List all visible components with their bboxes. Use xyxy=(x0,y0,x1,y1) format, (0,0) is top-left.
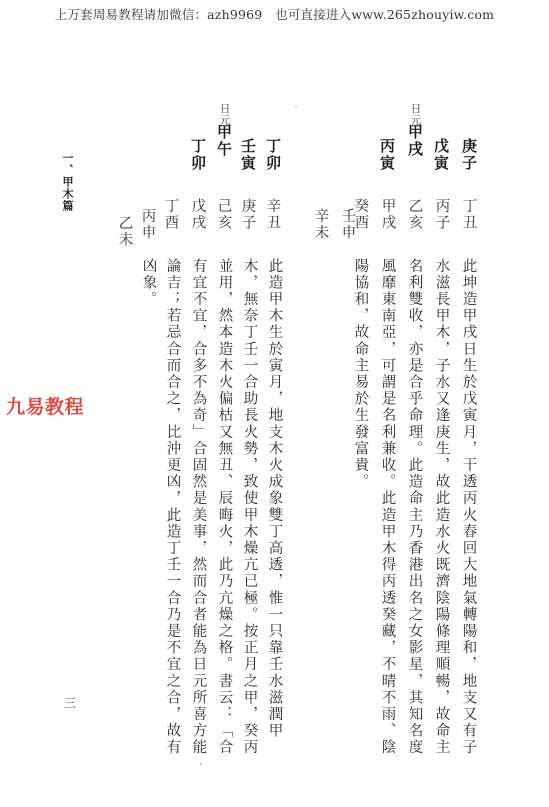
chart1-text-col-3: 名利雙收，亦是合乎命理。此造命主乃香港出名之女影星，其知名度 xyxy=(407,258,422,756)
chart1-month-pillar: 戊寅 xyxy=(433,138,448,172)
chart2-text-col-3: 並用，然本造木火偏枯又無丑、辰晦火，此乃亢燥之格。書云：「合 xyxy=(217,258,232,756)
brand-watermark: 九易教程 xyxy=(6,392,84,419)
chart2-text-col-4: 有宜不宜，合多不為奇」合固然是美事，然而合者能為日元所喜方能 xyxy=(191,258,206,756)
chart2-luck-7: 乙未 xyxy=(117,215,132,248)
chart2-luck-1: 辛丑 xyxy=(265,198,280,231)
chart1-text-col-1: 此坤造甲戌日生於戊寅月，干透丙火春回大地氣轉陽和，地支又有子 xyxy=(461,258,476,756)
scan-speck xyxy=(200,763,202,765)
chart1-hour-pillar: 丙寅 xyxy=(379,138,394,172)
chart2-hour-pillar: 丁卯 xyxy=(190,138,205,172)
chart2-luck-3: 己亥 xyxy=(216,198,231,231)
chart1-text-col-2: 水滋長甲木，子水又逢庚生，故此造水火既濟陰陽條理順暢，故命主 xyxy=(434,258,449,756)
chart1-luck-3: 乙亥 xyxy=(407,198,422,231)
chart2-luck-5: 丁酉 xyxy=(163,198,178,231)
scan-speck xyxy=(295,106,297,108)
chart2-text-col-6: 凶象。 xyxy=(141,258,156,308)
header-watermark: 上万套周易教程请加微信：azh9969 也可直接进入www.265zhouyiw… xyxy=(0,5,549,23)
chart2-luck-2: 庚子 xyxy=(240,198,255,231)
chart2-text-col-1: 此造甲木生於寅月，地支木火成象雙丁高透，惟一只靠壬水滋潤甲 xyxy=(267,258,282,739)
chart1-luck-7: 辛未 xyxy=(313,208,328,241)
chart2-day-master-label: 日元 xyxy=(219,103,230,126)
chart2-luck-4: 戊戌 xyxy=(190,198,205,231)
chart2-month-pillar: 壬寅 xyxy=(240,138,255,172)
chart1-day-pillar: 甲戌 xyxy=(407,124,422,158)
chart1-day-master-label: 日元 xyxy=(410,103,421,126)
chart2-year-pillar: 丁卯 xyxy=(265,138,280,172)
chart1-text-col-5: 陽協和，故命主易於生發富貴。 xyxy=(353,258,368,490)
chart1-year-pillar: 庚子 xyxy=(461,138,476,172)
chart1-luck-4: 甲戌 xyxy=(380,198,395,231)
chart1-text-col-4: 風靡東南亞，可謂是名利兼收。此造甲木得丙透癸藏，不晴不雨、陰 xyxy=(380,258,395,756)
page-number: 三 xyxy=(64,694,76,711)
section-label: 一、甲木篇 xyxy=(62,152,73,212)
chart1-luck-6: 壬申 xyxy=(340,208,355,241)
chart2-luck-6: 丙申 xyxy=(140,208,155,241)
chart1-luck-2: 丙子 xyxy=(434,198,449,231)
chart2-text-col-5: 論吉；若忌合而合之，比沖更凶，此造丁壬一合乃是不宜之合，故有 xyxy=(165,258,180,756)
chart2-day-pillar: 甲午 xyxy=(216,124,231,158)
chart1-luck-1: 丁丑 xyxy=(461,198,476,231)
chart2-text-col-2: 木，無奈丁壬一合助長火勢，致使甲木燥亢已極。按正月之甲，癸丙 xyxy=(242,258,257,756)
